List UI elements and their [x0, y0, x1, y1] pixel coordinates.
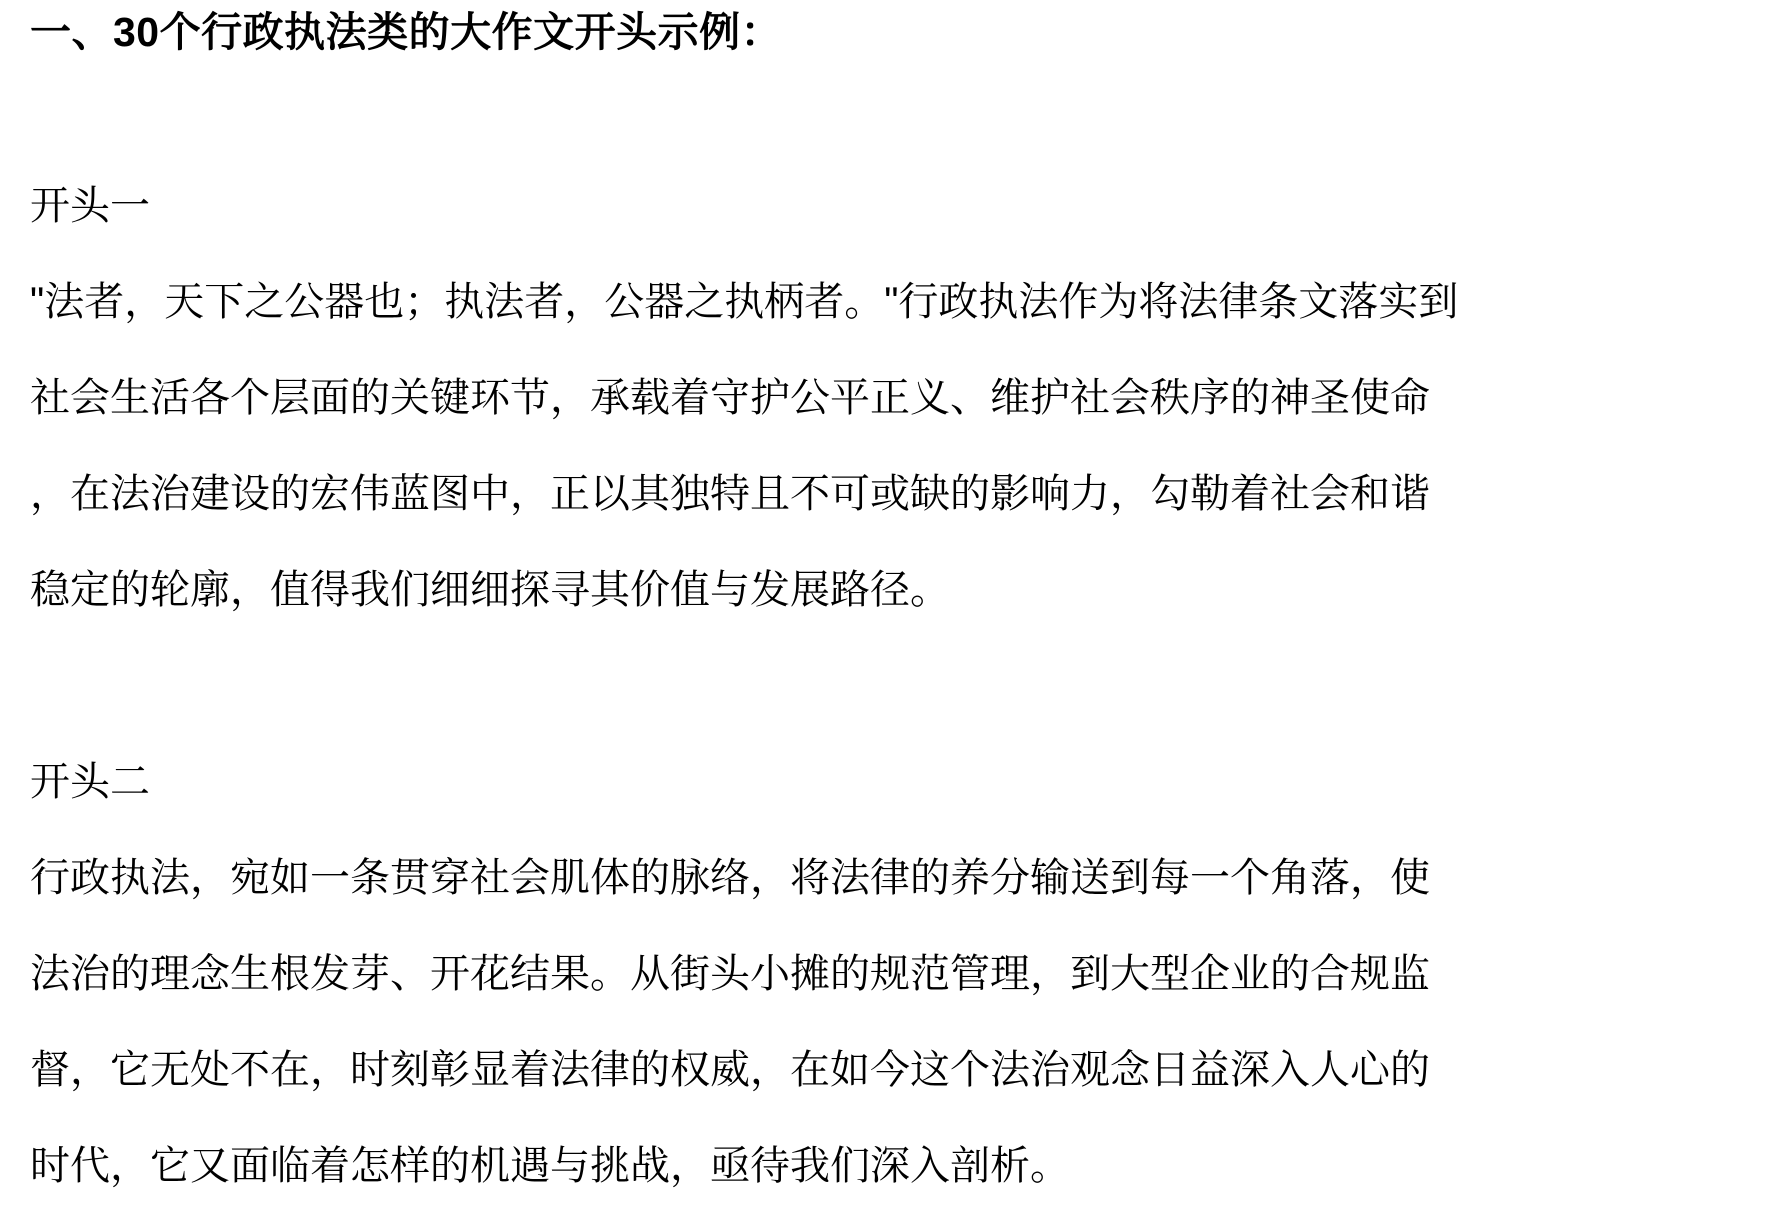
section-1-paragraph-line-3: ，在法治建设的宏伟蓝图中，正以其独特且不可或缺的影响力，勾勒着社会和谐	[30, 446, 1514, 542]
section-1-paragraph-line-4: 稳定的轮廓，值得我们细细探寻其价值与发展路径。	[30, 542, 1514, 638]
section-2-paragraph-line-2: 法治的理念生根发芽、开花结果。从街头小摊的规范管理，到大型企业的合规监	[30, 926, 1514, 1022]
section-2-label: 开头二	[30, 734, 1514, 830]
section-1-label: 开头一	[30, 158, 1514, 254]
section-1-paragraph-line-2: 社会生活各个层面的关键环节，承载着守护公平正义、维护社会秩序的神圣使命	[30, 350, 1514, 446]
section-opening-2: 开头二 行政执法，宛如一条贯穿社会肌体的脉络，将法律的养分输送到每一个角落，使 …	[30, 734, 1514, 1214]
section-1-paragraph-line-1: "法者，天下之公器也；执法者，公器之执柄者。"行政执法作为将法律条文落实到	[30, 254, 1514, 350]
blank-line	[30, 638, 1514, 734]
blank-line	[30, 62, 1514, 158]
section-2-paragraph-line-4: 时代，它又面临着怎样的机遇与挑战，亟待我们深入剖析。	[30, 1118, 1514, 1214]
document-title: 一、30个行政执法类的大作文开头示例：	[30, 2, 1514, 62]
section-opening-1: 开头一 "法者，天下之公器也；执法者，公器之执柄者。"行政执法作为将法律条文落实…	[30, 158, 1514, 638]
document-page: 一、30个行政执法类的大作文开头示例： 开头一 "法者，天下之公器也；执法者，公…	[0, 0, 1774, 1226]
section-2-paragraph-line-1: 行政执法，宛如一条贯穿社会肌体的脉络，将法律的养分输送到每一个角落，使	[30, 830, 1514, 926]
section-2-paragraph-line-3: 督，它无处不在，时刻彰显着法律的权威，在如今这个法治观念日益深入人心的	[30, 1022, 1514, 1118]
